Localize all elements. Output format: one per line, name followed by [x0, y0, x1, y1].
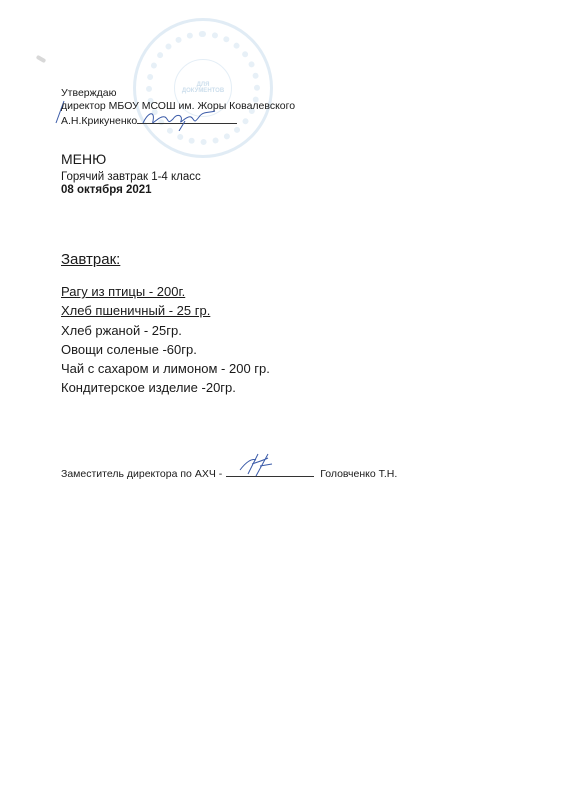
approval-signature-row: А.Н.Крикуненко — [61, 113, 295, 128]
approval-name: А.Н.Крикуненко — [61, 115, 137, 127]
deputy-name: Головченко Т.Н. — [320, 468, 397, 480]
menu-item: Кондитерское изделие -20гр. — [61, 378, 270, 397]
menu-date: 08 октября 2021 — [61, 184, 152, 196]
page-title: МЕНЮ — [61, 151, 106, 167]
signature-line — [226, 466, 314, 477]
menu-item: Хлеб ржаной - 25гр. — [61, 321, 270, 340]
deputy-signature — [238, 452, 274, 478]
menu-items-list: Рагу из птицы - 200г. Хлеб пшеничный - 2… — [61, 282, 270, 398]
deputy-position: Заместитель директора по АХЧ - — [61, 468, 222, 480]
section-title: Завтрак: — [61, 251, 120, 268]
approval-block: Утверждаю директор МБОУ МСОШ им. Жоры Ко… — [61, 87, 295, 128]
menu-item: Хлеб пшеничный - 25 гр. — [61, 301, 270, 320]
director-signature — [139, 107, 219, 131]
approval-label: Утверждаю — [61, 87, 295, 100]
scan-artifact — [36, 55, 47, 63]
deputy-signature-row: Заместитель директора по АХЧ - Головченк… — [61, 466, 397, 480]
menu-subtitle: Горячий завтрак 1-4 класс — [61, 171, 201, 183]
menu-item: Рагу из птицы - 200г. — [61, 282, 270, 301]
menu-item: Чай с сахаром и лимоном - 200 гр. — [61, 359, 270, 378]
menu-item: Овощи соленые -60гр. — [61, 340, 270, 359]
signature-line — [137, 113, 237, 124]
